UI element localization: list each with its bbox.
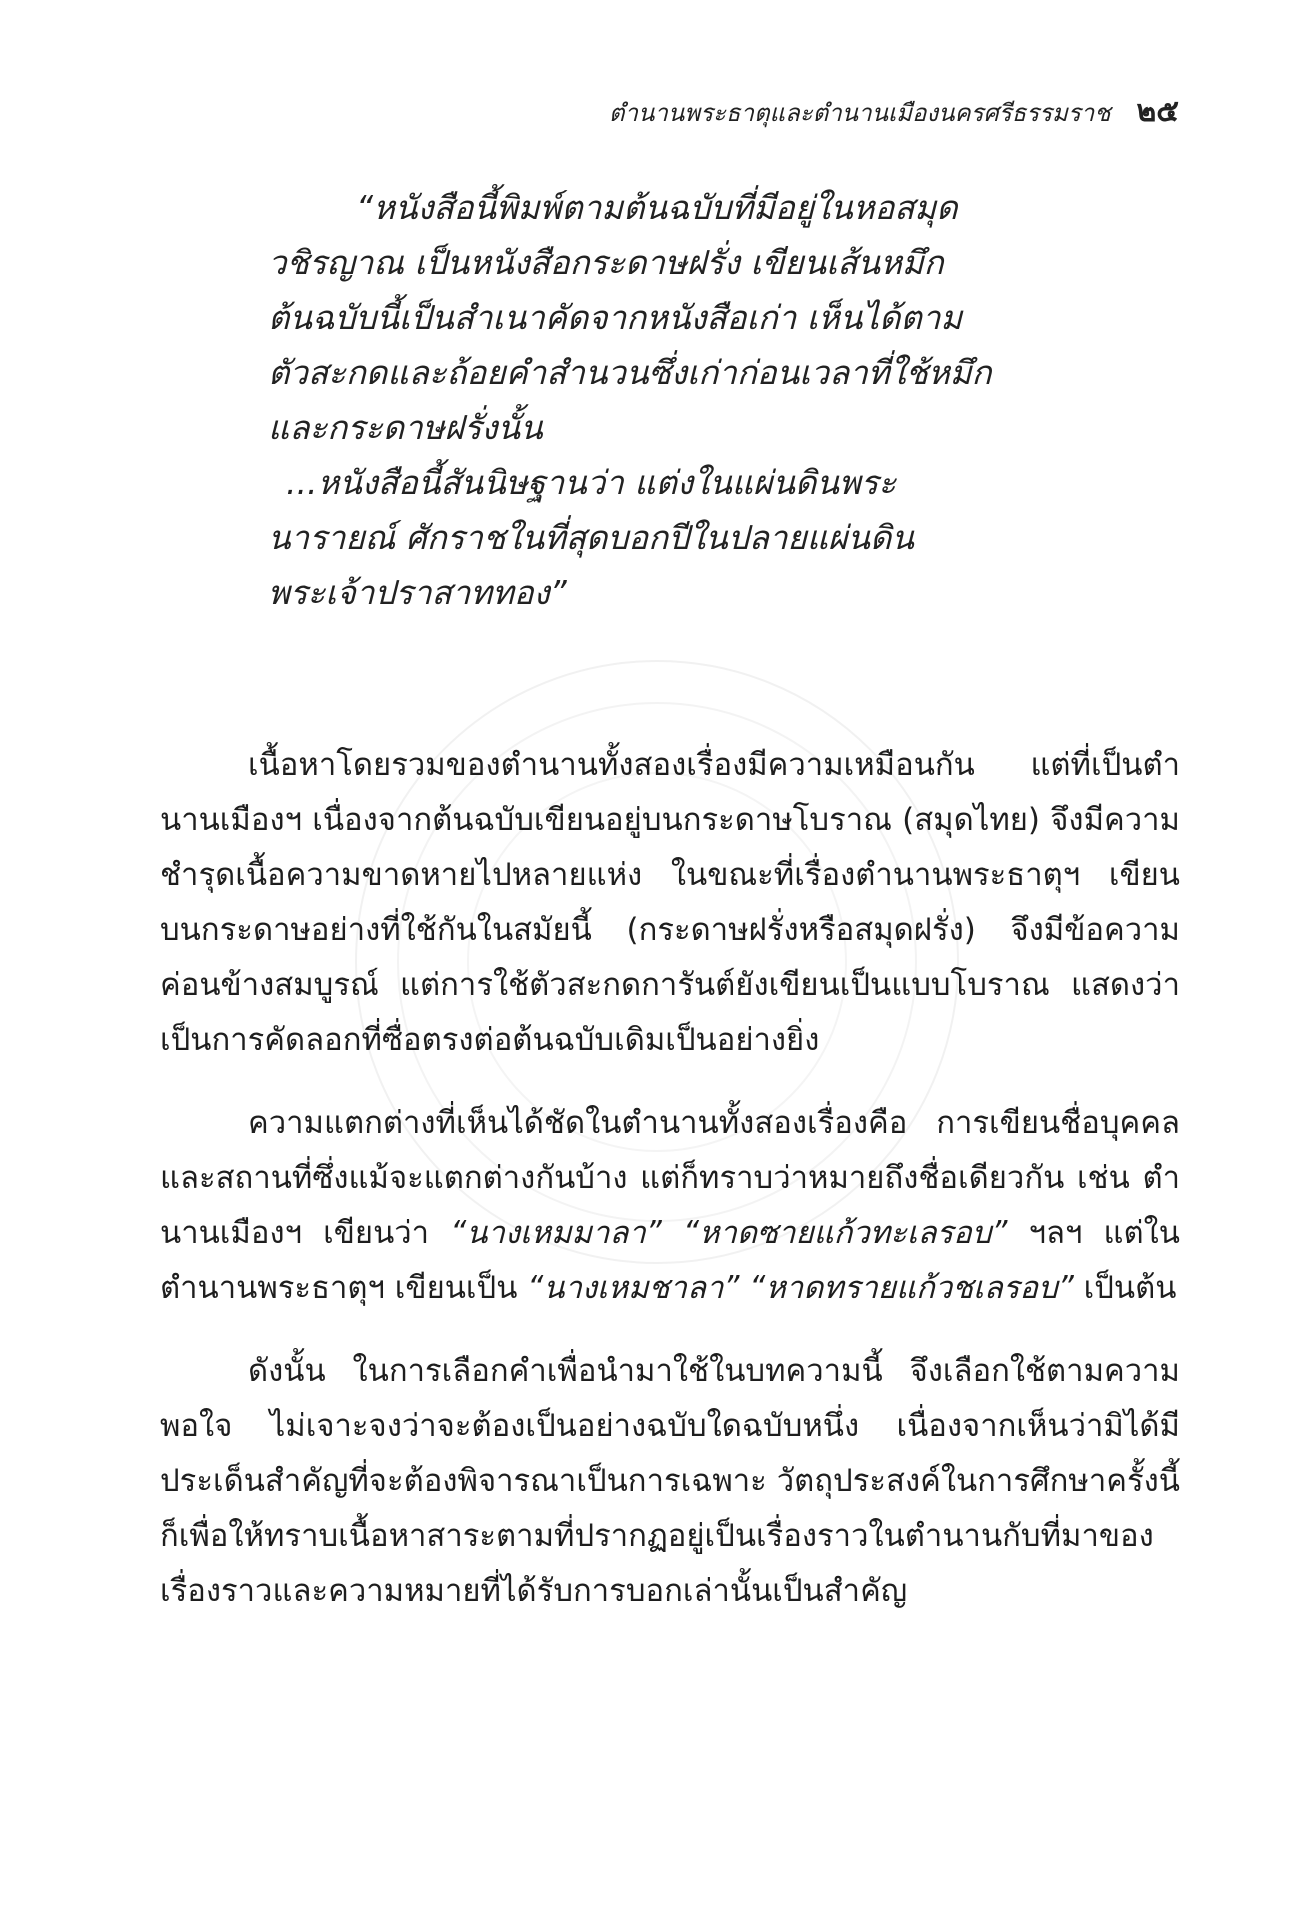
text-span: เป็นต้น bbox=[1074, 1270, 1177, 1306]
quote-paragraph: “หนังสือนี้พิมพ์ตามต้นฉบับที่มีอยู่ในหอส… bbox=[268, 180, 998, 455]
italic-names: “นางเหมชาลา” “หาดทรายแก้วชเลรอบ” bbox=[527, 1270, 1074, 1306]
italic-names: “นางเหมมาลา” “หาดซายแก้วทะเลรอบ” bbox=[450, 1215, 1007, 1251]
body-paragraph: ดังนั้น ในการเลือกคำเพื่อนำมาใช้ในบทความ… bbox=[160, 1344, 1180, 1619]
page-number: ๒๕ bbox=[1137, 88, 1179, 135]
body-paragraph: เนื้อหาโดยรวมของตำนานทั้งสองเรื่องมีความ… bbox=[160, 738, 1180, 1068]
quote-paragraph: ...หนังสือนี้สันนิษฐานว่า แต่งในแผ่นดินพ… bbox=[268, 455, 998, 620]
body-paragraph: ความแตกต่างที่เห็นได้ชัดในตำนานทั้งสองเร… bbox=[160, 1096, 1180, 1316]
running-title: ตำนานพระธาตุและตำนานเมืองนครศรีธรรมราช bbox=[609, 93, 1111, 132]
running-header: ตำนานพระธาตุและตำนานเมืองนครศรีธรรมราช ๒… bbox=[609, 88, 1179, 135]
block-quote: “หนังสือนี้พิมพ์ตามต้นฉบับที่มีอยู่ในหอส… bbox=[268, 180, 998, 620]
body-text: เนื้อหาโดยรวมของตำนานทั้งสองเรื่องมีความ… bbox=[160, 738, 1180, 1647]
